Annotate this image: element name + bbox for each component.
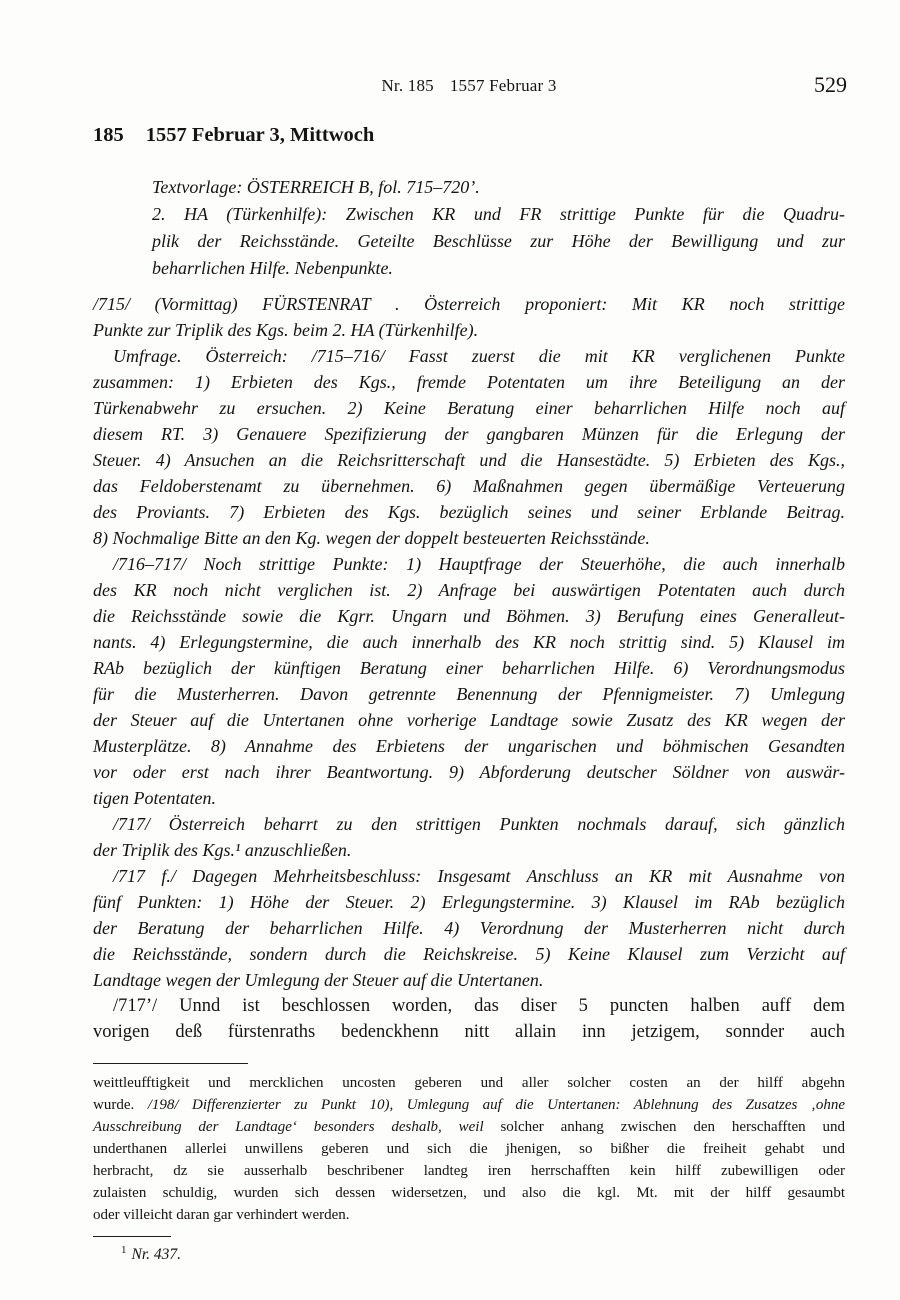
text-line: vorigen deß fürstenraths bedenckhenn nit… <box>93 1019 845 1045</box>
apparatus-block: weittleufftigkeit und mercklichen uncost… <box>93 1072 845 1226</box>
roman-segment: zulaisten schuldig, wurden sich dessen w… <box>93 1185 845 1201</box>
text-line: weittleufftigkeit und mercklichen uncost… <box>93 1072 845 1094</box>
text-line: vor oder erst nach ihrer Beantwortung. 9… <box>93 759 845 785</box>
italic-segment: /198/ Differenzierter zu Punkt 10), Umle… <box>148 1097 845 1113</box>
text-line: Ausschreibung der Landtage‘ besonders de… <box>93 1116 845 1138</box>
footnote-text: Nr. 437. <box>132 1246 182 1263</box>
paragraph: /716–717/ Noch strittige Punkte: 1) Haup… <box>93 551 845 811</box>
document-heading: 1851557 Februar 3, Mittwoch <box>93 122 845 148</box>
roman-segment: herbracht, dz sie ausserhalb beschribene… <box>93 1163 845 1179</box>
text-line: die Reichsstände sowie die Kgrr. Ungarn … <box>93 603 845 629</box>
footnote: 1Nr. 437. <box>93 1239 845 1266</box>
text-line: tigen Potentaten. <box>93 785 845 811</box>
paragraph: /717 f./ Dagegen Mehrheitsbeschluss: Ins… <box>93 863 845 993</box>
text-line: zulaisten schuldig, wurden sich dessen w… <box>93 1182 845 1204</box>
apparatus-separator-rule <box>93 1063 248 1064</box>
text-line: /716–717/ Noch strittige Punkte: 1) Haup… <box>93 551 845 577</box>
main-text-block: /715/ (Vormittag) FÜRSTENRAT . Österreic… <box>93 291 845 1045</box>
text-line: fünf Punkten: 1) Höhe der Steuer. 2) Erl… <box>93 889 845 915</box>
text-line: die Reichsstände, sondern durch die Reic… <box>93 941 845 967</box>
text-line: underthanen allerlei unwillens geberen u… <box>93 1138 845 1160</box>
footnote-separator-rule <box>93 1236 171 1237</box>
text-line: wurde. /198/ Differenzierter zu Punkt 10… <box>93 1094 845 1116</box>
paragraph: /717/ Österreich beharrt zu den strittig… <box>93 811 845 863</box>
text-line: Türkenabwehr zu ersuchen. 2) Keine Berat… <box>93 395 845 421</box>
page-number: 529 <box>814 72 847 98</box>
heading-title: 1557 Februar 3, Mittwoch <box>146 124 375 146</box>
roman-segment: oder villeicht daran gar verhindert werd… <box>93 1207 350 1223</box>
text-line: das Feldoberstenamt zu übernehmen. 6) Ma… <box>93 473 845 499</box>
paragraph: /717’/ Unnd ist beschlossen worden, das … <box>93 993 845 1045</box>
text-line: /717 f./ Dagegen Mehrheitsbeschluss: Ins… <box>93 863 845 889</box>
paragraph: Textvorlage: ÖSTERREICH B, fol. 715–720’… <box>152 174 845 201</box>
roman-segment: weittleufftigkeit und mercklichen uncost… <box>93 1075 845 1091</box>
paragraph: 2. HA (Türkenhilfe): Zwischen KR und FR … <box>152 201 845 282</box>
text-line: des Proviants. 7) Erbieten des Kgs. bezü… <box>93 499 845 525</box>
text-line: nants. 4) Erlegungstermine, die auch inn… <box>93 629 845 655</box>
paragraph: Umfrage. Österreich: /715–716/ Fasst zue… <box>93 343 845 551</box>
text-line: der Steuer auf die Untertanen ohne vorhe… <box>93 707 845 733</box>
text-line: für die Musterherren. Davon getrennte Be… <box>93 681 845 707</box>
roman-segment: wurde. <box>93 1097 148 1113</box>
text-line: plik der Reichsstände. Geteilte Beschlüs… <box>152 228 845 255</box>
footnote-marker: 1 <box>121 1244 127 1256</box>
text-line: der Beratung der beharrlichen Hilfe. 4) … <box>93 915 845 941</box>
page-header: Nr. 1851557 Februar 3 529 <box>93 76 845 102</box>
text-line: Textvorlage: ÖSTERREICH B, fol. 715–720’… <box>152 174 845 201</box>
running-head-number: Nr. 185 <box>381 76 433 95</box>
running-head: Nr. 1851557 Februar 3 <box>93 76 845 96</box>
running-head-date: 1557 Februar 3 <box>450 76 557 95</box>
text-line: der Triplik des Kgs.¹ anzuschließen. <box>93 837 845 863</box>
text-line: 8) Nochmalige Bitte an den Kg. wegen der… <box>93 525 845 551</box>
text-line: Landtage wegen der Umlegung der Steuer a… <box>93 967 845 993</box>
text-line: herbracht, dz sie ausserhalb beschribene… <box>93 1160 845 1182</box>
book-page: Nr. 1851557 Februar 3 529 1851557 Februa… <box>0 76 900 1266</box>
text-line: /717/ Österreich beharrt zu den strittig… <box>93 811 845 837</box>
text-line: zusammen: 1) Erbieten des Kgs., fremde P… <box>93 369 845 395</box>
text-line: Musterplätze. 8) Annahme des Erbietens d… <box>93 733 845 759</box>
text-line: Punkte zur Triplik des Kgs. beim 2. HA (… <box>93 317 845 343</box>
paragraph: /715/ (Vormittag) FÜRSTENRAT . Österreic… <box>93 291 845 343</box>
italic-segment: Ausschreibung der Landtage‘ besonders de… <box>93 1119 500 1135</box>
text-line: /715/ (Vormittag) FÜRSTENRAT . Österreic… <box>93 291 845 317</box>
text-line: 2. HA (Türkenhilfe): Zwischen KR und FR … <box>152 201 845 228</box>
headnote-block: Textvorlage: ÖSTERREICH B, fol. 715–720’… <box>152 174 845 282</box>
text-line: des KR noch nicht verglichen ist. 2) Anf… <box>93 577 845 603</box>
text-line: oder villeicht daran gar verhindert werd… <box>93 1204 845 1226</box>
text-line: Steuer. 4) Ansuchen an die Reichsritters… <box>93 447 845 473</box>
text-line: beharrlichen Hilfe. Nebenpunkte. <box>152 255 845 282</box>
text-line: diesem RT. 3) Genauere Spezifizierung de… <box>93 421 845 447</box>
text-line: /717’/ Unnd ist beschlossen worden, das … <box>93 993 845 1019</box>
roman-segment: solcher anhang zwischen den herschafften… <box>500 1119 845 1135</box>
text-line: Umfrage. Österreich: /715–716/ Fasst zue… <box>93 343 845 369</box>
text-line: RAb bezüglich der künftigen Beratung ein… <box>93 655 845 681</box>
roman-segment: underthanen allerlei unwillens geberen u… <box>93 1141 845 1157</box>
heading-number: 185 <box>93 124 124 146</box>
